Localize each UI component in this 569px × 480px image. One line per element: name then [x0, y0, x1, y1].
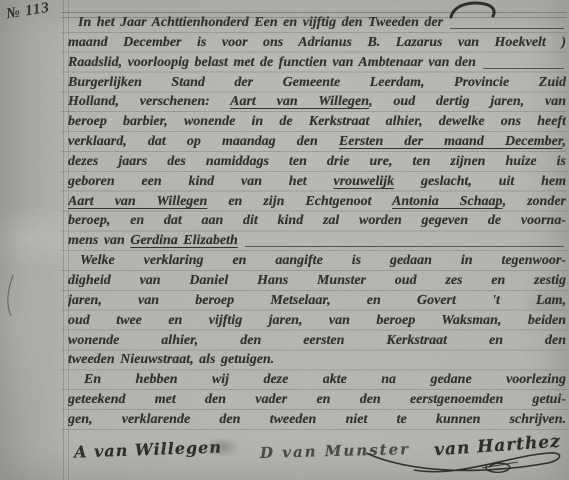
act-number: № 113 [5, 0, 51, 23]
underlined-name: Aart van Willegen [68, 194, 207, 209]
ink-rule [450, 13, 564, 29]
handwriting-line: maand December is voor ons Adrianus B. L… [68, 33, 566, 53]
line-text: beroep, en dat aan dit kind zal worden g… [68, 213, 566, 228]
signature-registrar: van Harthez [433, 432, 561, 461]
handwriting-segment: beroep, en dat aan dit kind zal worden g… [68, 213, 566, 228]
underlined-name: Antonia Schaap [392, 194, 503, 209]
handwriting-line: En hebben wij deze akte na gedane voorle… [68, 370, 566, 390]
handwriting-segment: , zonder [503, 194, 566, 209]
line-text: verklaard, dat op maandag den Eersten de… [68, 134, 566, 149]
handwriting-line: Raadslid, voorloopig belast met de funct… [68, 53, 566, 73]
handwriting-line: Aart van Willegen en zijn Echtgenoot Ant… [68, 192, 566, 212]
handwriting-line: Burgerlijken Stand der Gemeente Leerdam,… [68, 73, 566, 93]
handwritten-text: In het Jaar Achttienhonderd Een en vijft… [68, 13, 566, 433]
handwriting-line: geteekend met den vader en den eerstgeno… [68, 390, 566, 410]
line-text: Holland, verschenen: Aart van Willegen, … [68, 94, 566, 109]
line-text: maand December is voor ons Adrianus B. L… [68, 35, 566, 50]
handwriting-segment: , oud dertig jaren, van [369, 94, 566, 109]
handwriting-line: dezes jaars des namiddags ten drie ure, … [68, 152, 566, 172]
handwriting-segment: Raadslid, voorloopig belast met de funct… [68, 55, 476, 70]
handwriting-segment: En hebben wij deze akte na gedane voorle… [84, 372, 566, 387]
handwriting-line: geboren een kind van het vrouwelijk gesl… [68, 172, 566, 192]
signature-father: A van Willegen [74, 437, 223, 461]
handwriting-segment: In het Jaar Achttienhonderd Een en vijft… [78, 15, 443, 30]
line-text: digheid van Daniel Hans Munster oud zes … [68, 273, 566, 288]
handwriting-line: beroep barbier, wonende in de Kerkstraat… [68, 112, 566, 132]
signature-witness: D van Munster [260, 440, 410, 462]
ink-rule [483, 53, 564, 69]
handwriting-segment: verklaard, dat op maandag den [68, 134, 339, 149]
line-text: Burgerlijken Stand der Gemeente Leerdam,… [68, 75, 566, 90]
underlined-name: Eersten der maand December [339, 134, 563, 149]
line-text: dezes jaars des namiddags ten drie ure, … [68, 154, 566, 169]
handwriting-line: digheid van Daniel Hans Munster oud zes … [68, 271, 566, 291]
handwriting-line: verklaard, dat op maandag den Eersten de… [68, 132, 566, 152]
handwriting-segment: maand December is voor ons Adrianus B. L… [68, 35, 566, 50]
ink-rule [245, 231, 564, 247]
handwriting-line: mens van Gerdina Elizabeth [68, 231, 566, 251]
underlined-name: Aart van Willegen [230, 94, 369, 109]
line-text: oud twee en vijftig jaren, van beroep Wa… [68, 313, 566, 328]
signature-row: A van Willegen D van Munster van Harthez [68, 436, 566, 476]
line-text: geboren een kind van het vrouwelijk gesl… [68, 174, 566, 189]
handwriting-segment: digheid van Daniel Hans Munster oud zes … [68, 273, 566, 288]
handwriting-segment: geboren een kind van het [68, 174, 333, 189]
line-text: Raadslid, voorloopig belast met de funct… [68, 53, 476, 73]
handwriting-segment: Burgerlijken Stand der Gemeente Leerdam,… [68, 75, 566, 90]
line-text: Welke verklaring en aangifte is gedaan i… [80, 253, 566, 268]
line-text: wonende alhier, den eersten Kerkstraat e… [68, 333, 566, 348]
handwriting-segment: dezes jaars des namiddags ten drie ure, … [68, 154, 566, 169]
handwriting-segment: Holland, verschenen: [68, 94, 230, 109]
handwriting-segment: beroep barbier, wonende in de Kerkstraat… [68, 114, 566, 129]
handwriting-line: Holland, verschenen: Aart van Willegen, … [68, 92, 566, 112]
handwriting-segment: geteekend met den vader en den eerstgeno… [68, 392, 566, 407]
line-text: mens van Gerdina Elizabeth [68, 231, 238, 251]
handwriting-line: In het Jaar Achttienhonderd Een en vijft… [68, 13, 566, 33]
handwriting-line: Welke verklaring en aangifte is gedaan i… [68, 251, 566, 271]
pen-mark-left-margin [8, 275, 13, 316]
handwriting-segment: oud twee en vijftig jaren, van beroep Wa… [68, 313, 566, 328]
handwriting-segment: Welke verklaring en aangifte is gedaan i… [80, 253, 566, 268]
line-text: geteekend met den vader en den eerstgeno… [68, 392, 566, 407]
line-text: gen, verklarende den tweeden niet te kun… [68, 412, 566, 427]
underlined-name: vrouwelijk [333, 174, 394, 189]
handwriting-line: tweeden Nieuwstraat, als getuigen. [68, 350, 566, 370]
handwriting-segment: , [563, 134, 567, 149]
handwriting-segment: wonende alhier, den eersten Kerkstraat e… [68, 333, 566, 348]
handwriting-segment: jaren, van beroep Metselaar, en Govert '… [68, 293, 566, 308]
handwriting-line: beroep, en dat aan dit kind zal worden g… [68, 211, 566, 231]
document-scan: № 113 In het Jaar Achttienhonderd Een en… [0, 0, 569, 480]
handwriting-line: gen, verklarende den tweeden niet te kun… [68, 410, 566, 430]
handwriting-line: oud twee en vijftig jaren, van beroep Wa… [68, 311, 566, 331]
handwriting-segment: geslacht, uit hem [394, 174, 566, 189]
handwriting-line: jaren, van beroep Metselaar, en Govert '… [68, 291, 566, 311]
handwriting-line: wonende alhier, den eersten Kerkstraat e… [68, 331, 566, 351]
underlined-name: Gerdina Elizabeth [130, 233, 237, 248]
handwriting-segment: en zijn Echtgenoot [207, 194, 392, 209]
line-text: Aart van Willegen en zijn Echtgenoot Ant… [68, 194, 566, 209]
line-text: En hebben wij deze akte na gedane voorle… [84, 372, 566, 387]
handwriting-segment: mens van [68, 233, 130, 248]
line-text: jaren, van beroep Metselaar, en Govert '… [68, 293, 566, 308]
line-text: tweeden Nieuwstraat, als getuigen. [68, 352, 274, 367]
handwriting-segment: tweeden Nieuwstraat, als getuigen. [68, 352, 274, 367]
handwriting-segment: gen, verklarende den tweeden niet te kun… [68, 412, 566, 427]
line-text: In het Jaar Achttienhonderd Een en vijft… [78, 13, 443, 33]
line-text: beroep barbier, wonende in de Kerkstraat… [68, 114, 566, 129]
